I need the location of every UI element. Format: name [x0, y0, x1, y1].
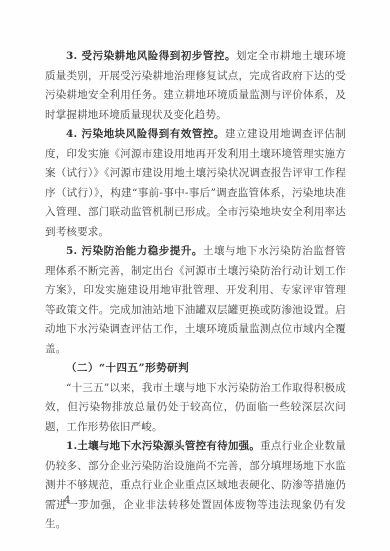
- issue-paragraph-1: 1.土壤与地下水污染源头管控有待加强。重点行业企业数量仍较多、部分企业污染防治设…: [45, 437, 346, 535]
- achievement-4-lead: 4. 污染地块风险得到有效管控。: [66, 128, 225, 140]
- achievement-4-text: 建立建设用地调查评估制度，印发实施《河源市建设用地再开发利用土壤环境管理实施方案…: [45, 128, 346, 238]
- issue-1-text: 重点行业企业数量仍较多、部分企业污染防治设施尚不完善，部分填埋场地下水监测井不够…: [45, 440, 346, 530]
- issue-1-lead: 1.土壤与地下水污染源头管控有待加强。: [66, 440, 260, 452]
- achievement-5-lead: 5. 污染防治能力稳步提升。: [66, 245, 203, 257]
- situation-intro-paragraph: “十三五”以来，我市土壤与地下水污染防治工作取得积极成效，但污染物排放总量仍处于…: [45, 379, 346, 438]
- achievement-5-text: 土壤与地下水污染防治监督管理体系不断完善，制定出台《河源市土壤污染防治行动计划工…: [45, 245, 346, 355]
- achievement-3-lead: 3. 受污染耕地风险得到初步管控。: [66, 50, 236, 62]
- document-page: 3. 受污染耕地风险得到初步管控。划定全市耕地土壤环境质量类别，开展受污染耕地治…: [0, 0, 390, 551]
- achievement-paragraph-4: 4. 污染地块风险得到有效管控。建立建设用地调查评估制度，印发实施《河源市建设用…: [45, 125, 346, 242]
- achievement-paragraph-5: 5. 污染防治能力稳步提升。土壤与地下水污染防治监督管理体系不断完善，制定出台《…: [45, 242, 346, 359]
- page-number: — 4 —: [46, 493, 90, 507]
- achievement-paragraph-3: 3. 受污染耕地风险得到初步管控。划定全市耕地土壤环境质量类别，开展受污染耕地治…: [45, 47, 346, 125]
- document-body: 3. 受污染耕地风险得到初步管控。划定全市耕地土壤环境质量类别，开展受污染耕地治…: [45, 47, 346, 535]
- section-heading: （二）“十四五”形势研判: [45, 359, 346, 379]
